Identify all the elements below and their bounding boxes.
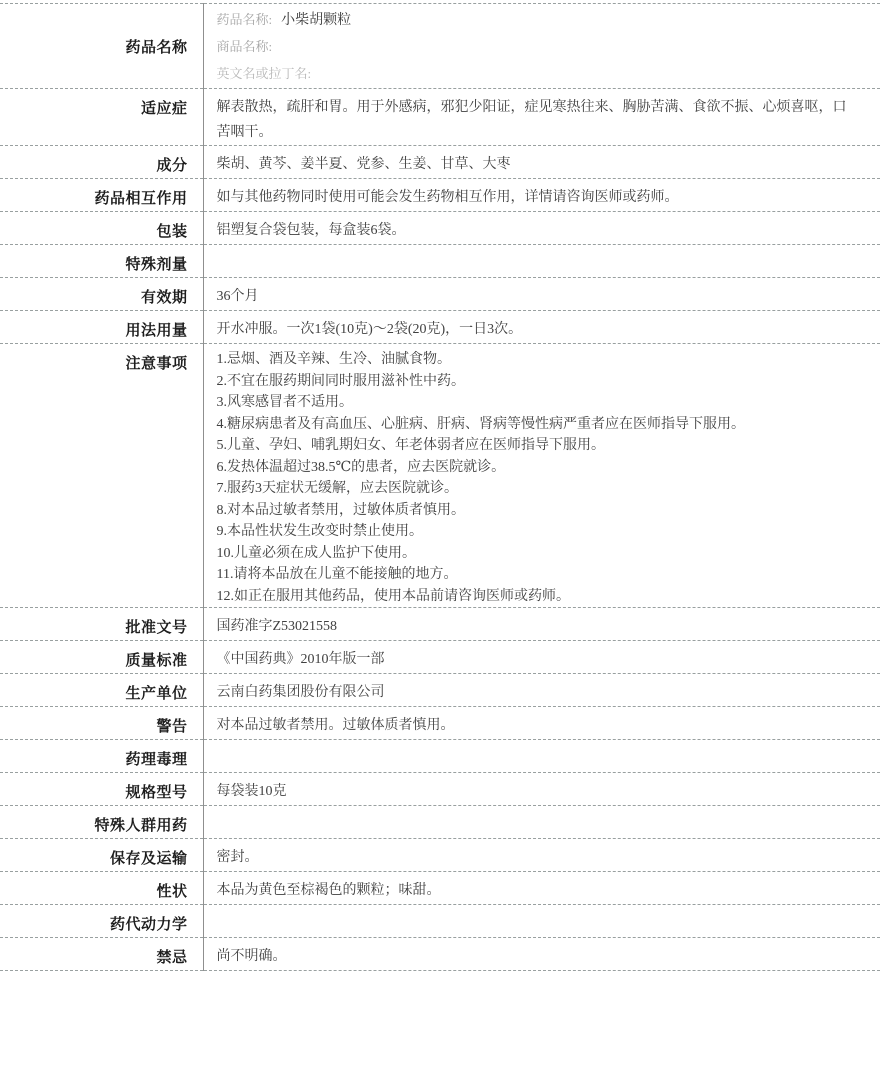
drug-info-sheet: 药品名称 药品名称:小柴胡颗粒 商品名称: 英文名或拉丁名: 适应症 解表散热，… xyxy=(0,3,880,971)
row-label-manufacturer: 生产单位 xyxy=(0,674,203,707)
drug-name-value: 小柴胡颗粒 xyxy=(281,13,351,28)
row-specification: 规格型号 每袋装10克 xyxy=(0,773,880,806)
row-warning: 警告 对本品过敏者禁用。过敏体质者慎用。 xyxy=(0,707,880,740)
pharmacokinetics-content xyxy=(203,905,880,938)
row-pharmacology-toxicology: 药理毒理 xyxy=(0,740,880,773)
storage-transport-content: 密封。 xyxy=(203,839,880,872)
latin-name-field: 英文名或拉丁名: xyxy=(217,61,861,88)
row-quality-standard: 质量标准 《中国药典》2010年版一部 xyxy=(0,641,880,674)
row-packaging: 包装 铝塑复合袋包装，每盒装6袋。 xyxy=(0,212,880,245)
row-label-ingredients: 成分 xyxy=(0,146,203,179)
ingredients-content: 柴胡、黄芩、姜半夏、党参、生姜、甘草、大枣 xyxy=(203,146,880,179)
row-label-specification: 规格型号 xyxy=(0,773,203,806)
row-label-drug-interactions: 药品相互作用 xyxy=(0,179,203,212)
row-label-warning: 警告 xyxy=(0,707,203,740)
row-ingredients: 成分 柴胡、黄芩、姜半夏、党参、生姜、甘草、大枣 xyxy=(0,146,880,179)
row-label-pharmacology-toxicology: 药理毒理 xyxy=(0,740,203,773)
quality-standard-content: 《中国药典》2010年版一部 xyxy=(203,641,880,674)
row-label-dosage-usage: 用法用量 xyxy=(0,311,203,344)
row-label-indications: 适应症 xyxy=(0,89,203,146)
drug-info-table: 药品名称 药品名称:小柴胡颗粒 商品名称: 英文名或拉丁名: 适应症 解表散热，… xyxy=(0,3,880,971)
row-dosage-usage: 用法用量 开水冲服。一次1袋(10克)～2袋(20克)，一日3次。 xyxy=(0,311,880,344)
special-populations-content xyxy=(203,806,880,839)
manufacturer-content: 云南白药集团股份有限公司 xyxy=(203,674,880,707)
row-label-approval-number: 批准文号 xyxy=(0,608,203,641)
row-label-contraindications: 禁忌 xyxy=(0,938,203,971)
row-label-storage-transport: 保存及运输 xyxy=(0,839,203,872)
row-label-special-populations: 特殊人群用药 xyxy=(0,806,203,839)
packaging-content: 铝塑复合袋包装，每盒装6袋。 xyxy=(203,212,880,245)
precautions-content: 1.忌烟、酒及辛辣、生冷、油腻食物。 2.不宜在服药期间同时服用滋补性中药。 3… xyxy=(203,344,880,608)
pharmacology-toxicology-content xyxy=(203,740,880,773)
row-special-populations: 特殊人群用药 xyxy=(0,806,880,839)
row-indications: 适应症 解表散热，疏肝和胃。用于外感病，邪犯少阳证，症见寒热往来、胸胁苦满、食欲… xyxy=(0,89,880,146)
row-shelf-life: 有效期 36个月 xyxy=(0,278,880,311)
row-drug-interactions: 药品相互作用 如与其他药物同时使用可能会发生药物相互作用，详情请咨询医师或药师。 xyxy=(0,179,880,212)
row-label-quality-standard: 质量标准 xyxy=(0,641,203,674)
drug-interactions-content: 如与其他药物同时使用可能会发生药物相互作用，详情请咨询医师或药师。 xyxy=(203,179,880,212)
approval-number-content: 国药准字Z53021558 xyxy=(203,608,880,641)
row-label-shelf-life: 有效期 xyxy=(0,278,203,311)
row-approval-number: 批准文号 国药准字Z53021558 xyxy=(0,608,880,641)
row-contraindications: 禁忌 尚不明确。 xyxy=(0,938,880,971)
row-properties: 性状 本品为黄色至棕褐色的颗粒；味甜。 xyxy=(0,872,880,905)
row-precautions: 注意事项 1.忌烟、酒及辛辣、生冷、油腻食物。 2.不宜在服药期间同时服用滋补性… xyxy=(0,344,880,608)
drug-name-field-label: 药品名称: xyxy=(217,12,273,27)
dosage-usage-content: 开水冲服。一次1袋(10克)～2袋(20克)，一日3次。 xyxy=(203,311,880,344)
row-label-special-dosage: 特殊剂量 xyxy=(0,245,203,278)
trade-name-field-label: 商品名称: xyxy=(217,39,273,54)
latin-name-field-label: 英文名或拉丁名: xyxy=(217,66,312,81)
indications-content: 解表散热，疏肝和胃。用于外感病，邪犯少阳证，症见寒热往来、胸胁苦满、食欲不振、心… xyxy=(203,89,880,146)
row-storage-transport: 保存及运输 密封。 xyxy=(0,839,880,872)
drug-name-field: 药品名称:小柴胡颗粒 xyxy=(217,7,861,34)
properties-content: 本品为黄色至棕褐色的颗粒；味甜。 xyxy=(203,872,880,905)
row-label-properties: 性状 xyxy=(0,872,203,905)
row-label-drug-name: 药品名称 xyxy=(0,4,203,89)
warning-content: 对本品过敏者禁用。过敏体质者慎用。 xyxy=(203,707,880,740)
contraindications-content: 尚不明确。 xyxy=(203,938,880,971)
row-special-dosage: 特殊剂量 xyxy=(0,245,880,278)
row-pharmacokinetics: 药代动力学 xyxy=(0,905,880,938)
drug-name-content: 药品名称:小柴胡颗粒 商品名称: 英文名或拉丁名: xyxy=(203,4,880,89)
row-label-precautions: 注意事项 xyxy=(0,344,203,608)
trade-name-field: 商品名称: xyxy=(217,34,861,61)
special-dosage-content xyxy=(203,245,880,278)
row-label-packaging: 包装 xyxy=(0,212,203,245)
row-drug-name: 药品名称 药品名称:小柴胡颗粒 商品名称: 英文名或拉丁名: xyxy=(0,4,880,89)
row-label-pharmacokinetics: 药代动力学 xyxy=(0,905,203,938)
shelf-life-content: 36个月 xyxy=(203,278,880,311)
row-manufacturer: 生产单位 云南白药集团股份有限公司 xyxy=(0,674,880,707)
specification-content: 每袋装10克 xyxy=(203,773,880,806)
